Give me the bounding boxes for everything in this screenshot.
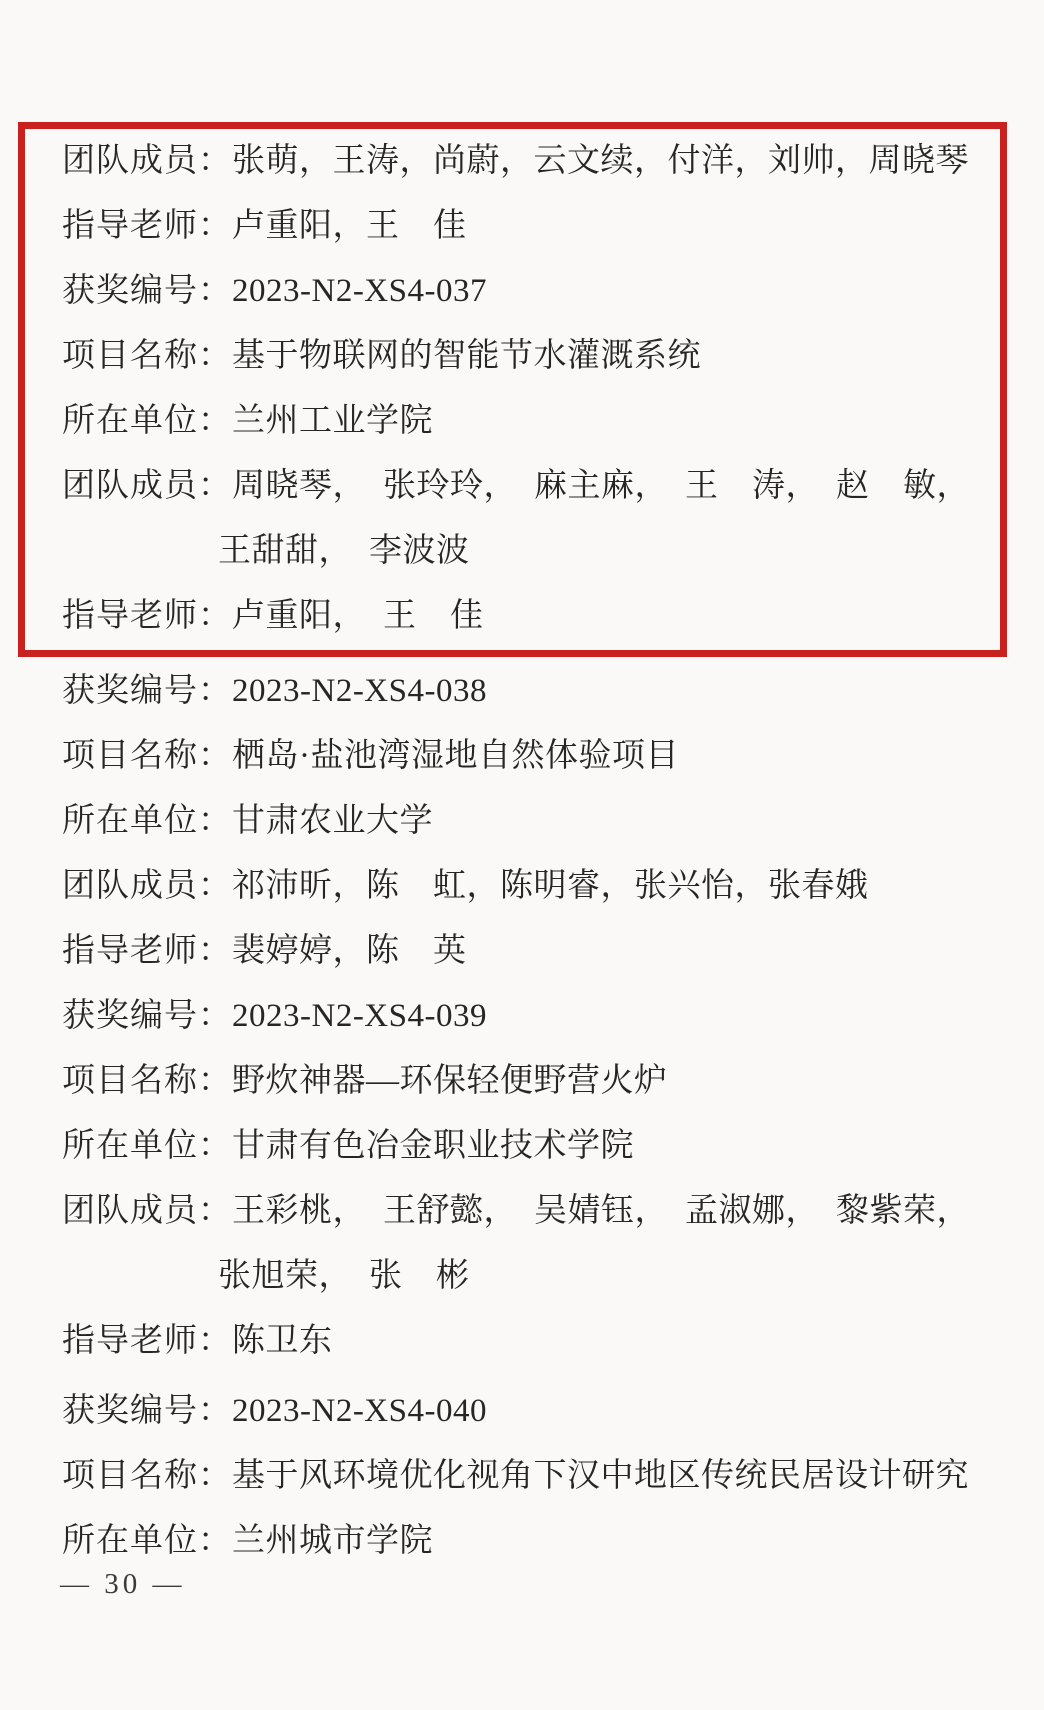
field-value: 甘肃农业大学 — [232, 803, 1012, 841]
field-label: 指导老师： — [62, 598, 232, 636]
document-line: 所在单位： 兰州城市学院 — [62, 1523, 1012, 1588]
field-value: 甘肃有色冶金职业技术学院 — [232, 1128, 1012, 1166]
field-label: 团队成员： — [62, 468, 232, 506]
field-label: 获奖编号： — [62, 998, 232, 1036]
field-label: 所在单位： — [62, 1523, 232, 1561]
field-value: 卢重阳， 王 佳 — [232, 598, 1012, 636]
document-page: 团队成员： 张萌，王涛，尚蔚，云文续，付洋，刘帅，周晓琴 指导老师： 卢重阳，王… — [0, 0, 1044, 1710]
field-label: 指导老师： — [62, 208, 232, 246]
field-label: 团队成员： — [62, 868, 232, 906]
field-label: 指导老师： — [62, 933, 232, 971]
document-line: 项目名称： 基于物联网的智能节水灌溉系统 — [62, 338, 1012, 403]
document-line: 所在单位： 兰州工业学院 — [62, 403, 1012, 468]
field-value: 周晓琴， 张玲玲， 麻主麻， 王 涛， 赵 敏， — [232, 468, 1012, 506]
document-line: 张旭荣， 张 彬 — [62, 1258, 1012, 1323]
document-line: 团队成员： 王彩桃， 王舒懿， 吴婧钰， 孟淑娜， 黎紫荣， — [62, 1193, 1012, 1258]
field-label: 团队成员： — [62, 1193, 232, 1231]
document-line: 所在单位： 甘肃有色冶金职业技术学院 — [62, 1128, 1012, 1193]
document-line: 团队成员： 周晓琴， 张玲玲， 麻主麻， 王 涛， 赵 敏， — [62, 468, 1012, 533]
field-value: 基于风环境优化视角下汉中地区传统民居设计研究 — [232, 1458, 1012, 1496]
field-value: 王甜甜， 李波波 — [218, 533, 1012, 571]
document-line: 指导老师： 陈卫东 — [62, 1323, 1012, 1388]
field-value: 祁沛昕，陈 虹，陈明睿，张兴怡，张春娥 — [232, 868, 1012, 906]
field-value: 兰州工业学院 — [232, 403, 1012, 441]
document-line: 团队成员： 张萌，王涛，尚蔚，云文续，付洋，刘帅，周晓琴 — [62, 143, 1012, 208]
document-line: 获奖编号： 2023-N2-XS4-038 — [62, 673, 1012, 738]
field-label: 所在单位： — [62, 1128, 232, 1166]
field-value: 2023-N2-XS4-039 — [232, 998, 1012, 1036]
field-label: 所在单位： — [62, 803, 232, 841]
field-label: 所在单位： — [62, 403, 232, 441]
field-value: 张萌，王涛，尚蔚，云文续，付洋，刘帅，周晓琴 — [232, 143, 1012, 181]
document-line: 团队成员： 祁沛昕，陈 虹，陈明睿，张兴怡，张春娥 — [62, 868, 1012, 933]
document-line: 获奖编号： 2023-N2-XS4-037 — [62, 273, 1012, 338]
field-label: 获奖编号： — [62, 673, 232, 711]
field-value: 基于物联网的智能节水灌溉系统 — [232, 338, 1012, 376]
field-label: 项目名称： — [62, 1458, 232, 1496]
document-line: 所在单位： 甘肃农业大学 — [62, 803, 1012, 868]
document-line: 指导老师： 卢重阳， 王 佳 — [62, 598, 1012, 663]
field-value: 兰州城市学院 — [232, 1523, 1012, 1561]
field-label: 获奖编号： — [62, 1393, 232, 1431]
field-value: 裴婷婷，陈 英 — [232, 933, 1012, 971]
page-number: — 30 — — [60, 1568, 186, 1601]
field-value: 王彩桃， 王舒懿， 吴婧钰， 孟淑娜， 黎紫荣， — [232, 1193, 1012, 1231]
document-line: 项目名称： 基于风环境优化视角下汉中地区传统民居设计研究 — [62, 1458, 1012, 1523]
document-line: 项目名称： 野炊神器—环保轻便野营火炉 — [62, 1063, 1012, 1128]
field-value: 卢重阳，王 佳 — [232, 208, 1012, 246]
document-line: 指导老师： 卢重阳，王 佳 — [62, 208, 1012, 273]
field-value: 2023-N2-XS4-038 — [232, 673, 1012, 711]
field-label: 获奖编号： — [62, 273, 232, 311]
document-line: 指导老师： 裴婷婷，陈 英 — [62, 933, 1012, 998]
document-line: 获奖编号： 2023-N2-XS4-040 — [62, 1393, 1012, 1458]
field-label: 项目名称： — [62, 338, 232, 376]
field-value: 2023-N2-XS4-037 — [232, 273, 1012, 311]
field-value: 栖岛·盐池湾湿地自然体验项目 — [232, 738, 1012, 776]
field-value: 野炊神器—环保轻便野营火炉 — [232, 1063, 1012, 1101]
field-label: 项目名称： — [62, 1063, 232, 1101]
field-value: 陈卫东 — [232, 1323, 1012, 1361]
field-label: 项目名称： — [62, 738, 232, 776]
field-value: 2023-N2-XS4-040 — [232, 1393, 1012, 1431]
award-list: 团队成员： 张萌，王涛，尚蔚，云文续，付洋，刘帅，周晓琴 指导老师： 卢重阳，王… — [62, 143, 1012, 1588]
document-line: 获奖编号： 2023-N2-XS4-039 — [62, 998, 1012, 1063]
document-line: 项目名称： 栖岛·盐池湾湿地自然体验项目 — [62, 738, 1012, 803]
document-line: 王甜甜， 李波波 — [62, 533, 1012, 598]
field-label: 指导老师： — [62, 1323, 232, 1361]
field-value: 张旭荣， 张 彬 — [218, 1258, 1012, 1296]
field-label: 团队成员： — [62, 143, 232, 181]
